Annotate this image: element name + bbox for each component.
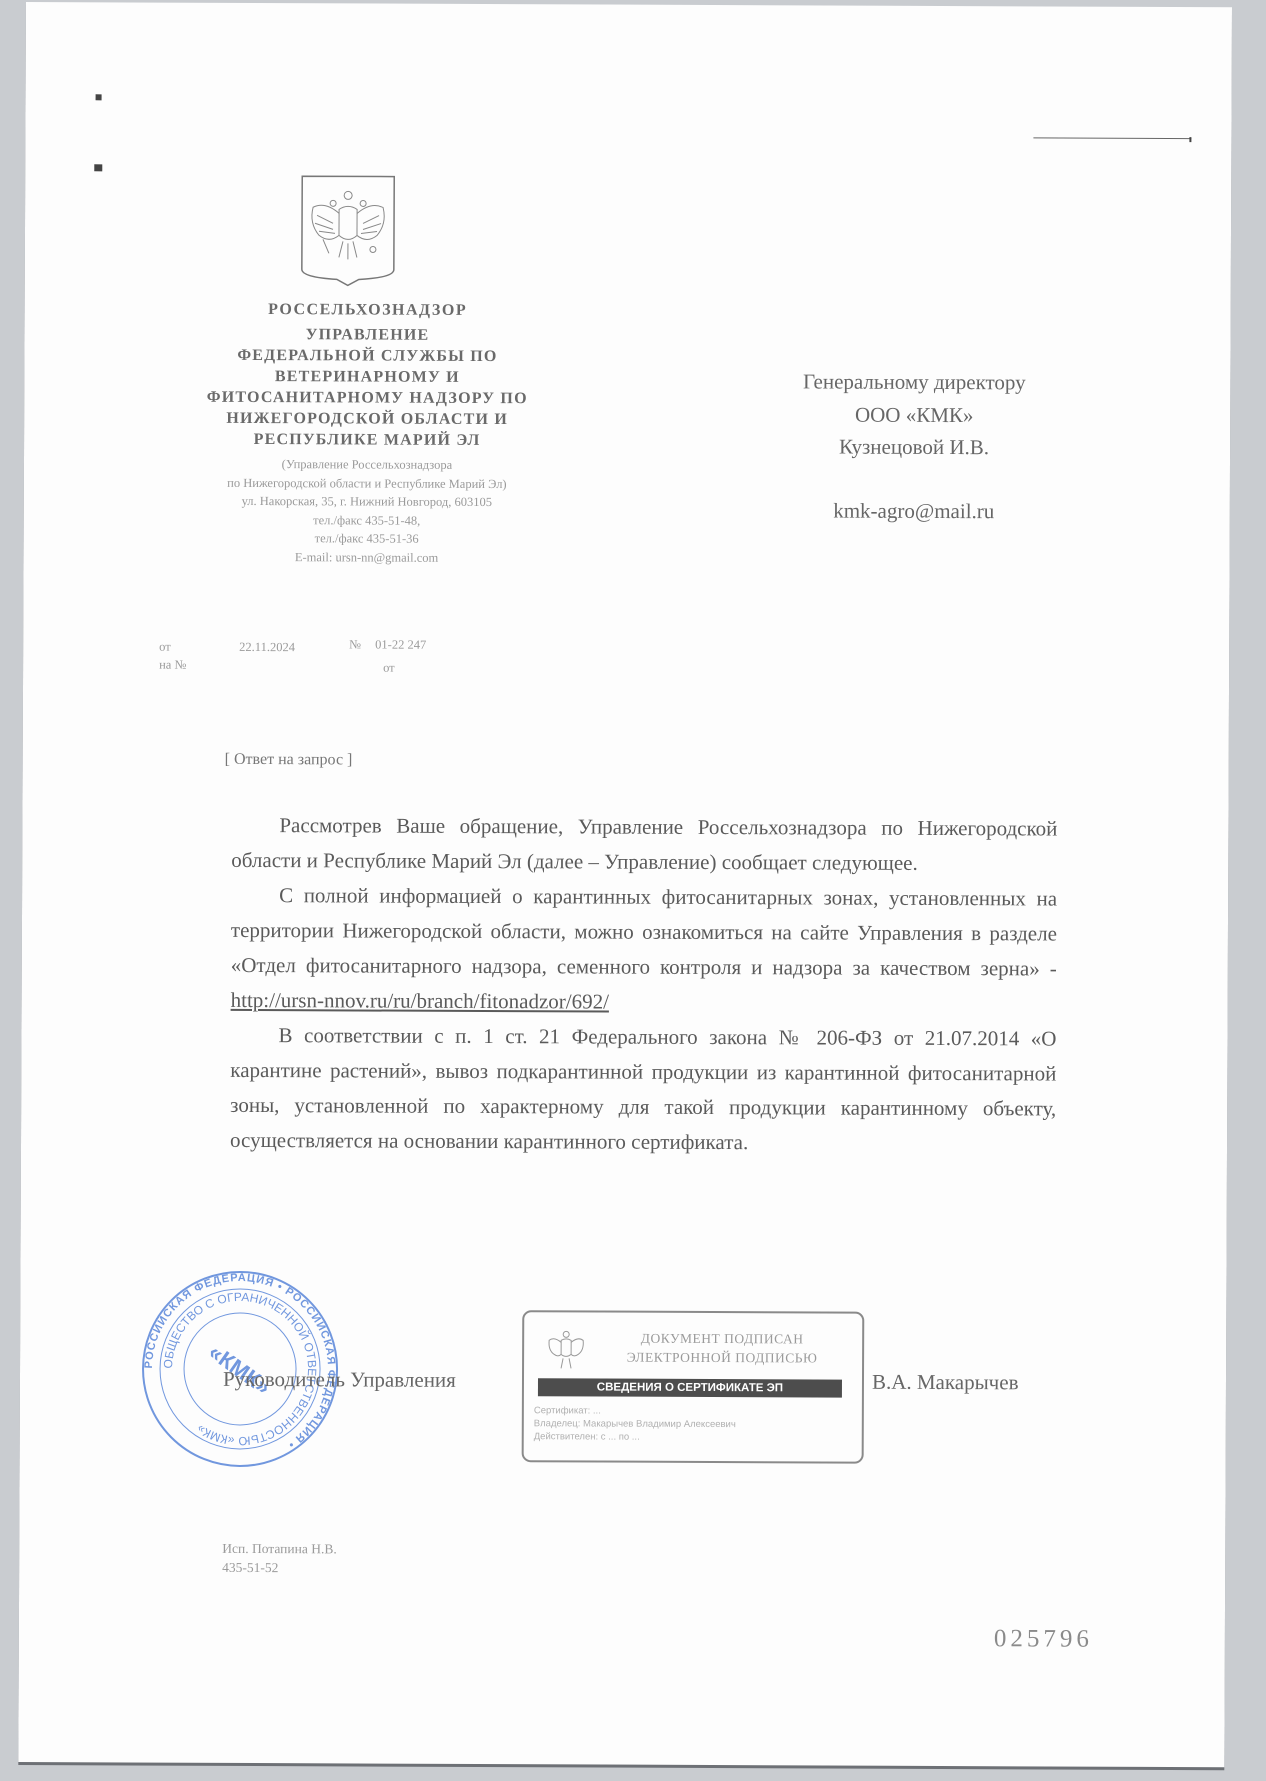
reply-to-label: на № (159, 658, 186, 673)
addressee: Генеральному директору ООО «КМК» Кузнецо… (724, 365, 1105, 528)
top-rule-tick (1189, 137, 1191, 142)
dept-line: НИЖЕГОРОДСКОЙ ОБЛАСТИ И (174, 408, 560, 431)
fitonadzor-link[interactable]: http://ursn-nnov.ru/ru/branch/fitonadzor… (231, 988, 609, 1014)
ep-heading-line: ЭЛЕКТРОННОЙ ПОДПИСЬЮ (592, 1347, 852, 1367)
signatory-title: Руководитель Управления (223, 1367, 456, 1393)
ref-date: 22.11.2024 (239, 640, 295, 655)
contact-line: тел./факс 435-51-36 (174, 529, 560, 549)
dept-name: УПРАВЛЕНИЕ ФЕДЕРАЛЬНОЙ СЛУЖБЫ ПО ВЕТЕРИН… (174, 324, 561, 452)
ep-certificate-bar: СВЕДЕНИЯ О СЕРТИФИКАТЕ ЭП (538, 1378, 842, 1397)
letterhead: РОССЕЛЬХОЗНАДЗОР УПРАВЛЕНИЕ ФЕДЕРАЛЬНОЙ … (174, 299, 561, 568)
margin-mark (94, 164, 102, 171)
addressee-line: Кузнецовой И.В. (724, 430, 1104, 464)
top-rule (1033, 137, 1191, 139)
body-paragraph-text: С полной информацией о карантинных фитос… (231, 883, 1057, 980)
margin-mark (96, 94, 102, 100)
ref-from-label: от (159, 640, 171, 655)
body-paragraph: В соответствии с п. 1 ст. 21 Федеральног… (230, 1018, 1057, 1162)
contact-line: ул. Накорская, 35, г. Нижний Новгород, 6… (174, 492, 560, 512)
body-paragraph: С полной информацией о карантинных фитос… (231, 878, 1058, 1022)
addressee-line: ООО «КМК» (724, 398, 1104, 432)
contact-line: по Нижегородской области и Республике Ма… (174, 473, 560, 493)
ep-detail-line: Владелец: Макарычев Владимир Алексеевич (534, 1417, 736, 1431)
addressee-email: kmk-agro@mail.ru (724, 494, 1104, 528)
dept-line: ФИТОСАНИТАРНОМУ НАДЗОРУ ПО (174, 387, 560, 410)
body-paragraph: Рассмотрев Ваше обращение, Управление Ро… (231, 808, 1057, 882)
ep-details: Сертификат: ... Владелец: Макарычев Влад… (534, 1404, 736, 1444)
ref-number-label: № (349, 637, 361, 652)
contact-info: (Управление Россельхознадзора по Нижегор… (174, 455, 560, 568)
executor-info: Исп. Потапина Н.В. 435-51-52 (222, 1539, 337, 1577)
letter-body: Рассмотрев Ваше обращение, Управление Ро… (230, 808, 1058, 1162)
executor-phone: 435-51-52 (222, 1558, 337, 1577)
coat-of-arms-icon (299, 173, 397, 287)
dept-line: УПРАВЛЕНИЕ (175, 324, 561, 347)
coat-of-arms-small-icon (546, 1326, 586, 1372)
ep-heading-line: ДОКУМЕНТ ПОДПИСАН (592, 1328, 852, 1348)
org-name: РОССЕЛЬХОЗНАДЗОР (175, 299, 561, 323)
ep-detail-line: Сертификат: ... (534, 1404, 736, 1418)
contact-line: E-mail: ursn-nn@gmail.com (174, 547, 560, 567)
ep-detail-line: Действителен: с ... по ... (534, 1430, 736, 1444)
dept-line: ВЕТЕРИНАРНОМУ И (174, 366, 560, 389)
reply-from-label: от (383, 661, 395, 676)
serial-number: 025796 (994, 1625, 1093, 1653)
electronic-signature-stamp: ДОКУМЕНТ ПОДПИСАН ЭЛЕКТРОННОЙ ПОДПИСЬЮ С… (522, 1310, 865, 1463)
subject: [ Ответ на запрос ] (225, 751, 353, 770)
dept-line: ФЕДЕРАЛЬНОЙ СЛУЖБЫ ПО (174, 345, 560, 368)
ep-heading: ДОКУМЕНТ ПОДПИСАН ЭЛЕКТРОННОЙ ПОДПИСЬЮ (592, 1328, 852, 1367)
document-page: РОССЕЛЬХОЗНАДЗОР УПРАВЛЕНИЕ ФЕДЕРАЛЬНОЙ … (18, 2, 1232, 1767)
contact-line: тел./факс 435-51-48, (174, 510, 560, 530)
executor-name: Исп. Потапина Н.В. (222, 1539, 337, 1558)
addressee-line: Генеральному директору (724, 365, 1104, 399)
contact-line: (Управление Россельхознадзора (174, 455, 560, 475)
dept-line: РЕСПУБЛИКЕ МАРИЙ ЭЛ (174, 429, 560, 452)
ref-number: 01-22 247 (375, 638, 426, 653)
signatory-name: В.А. Макарычев (872, 1370, 1019, 1396)
